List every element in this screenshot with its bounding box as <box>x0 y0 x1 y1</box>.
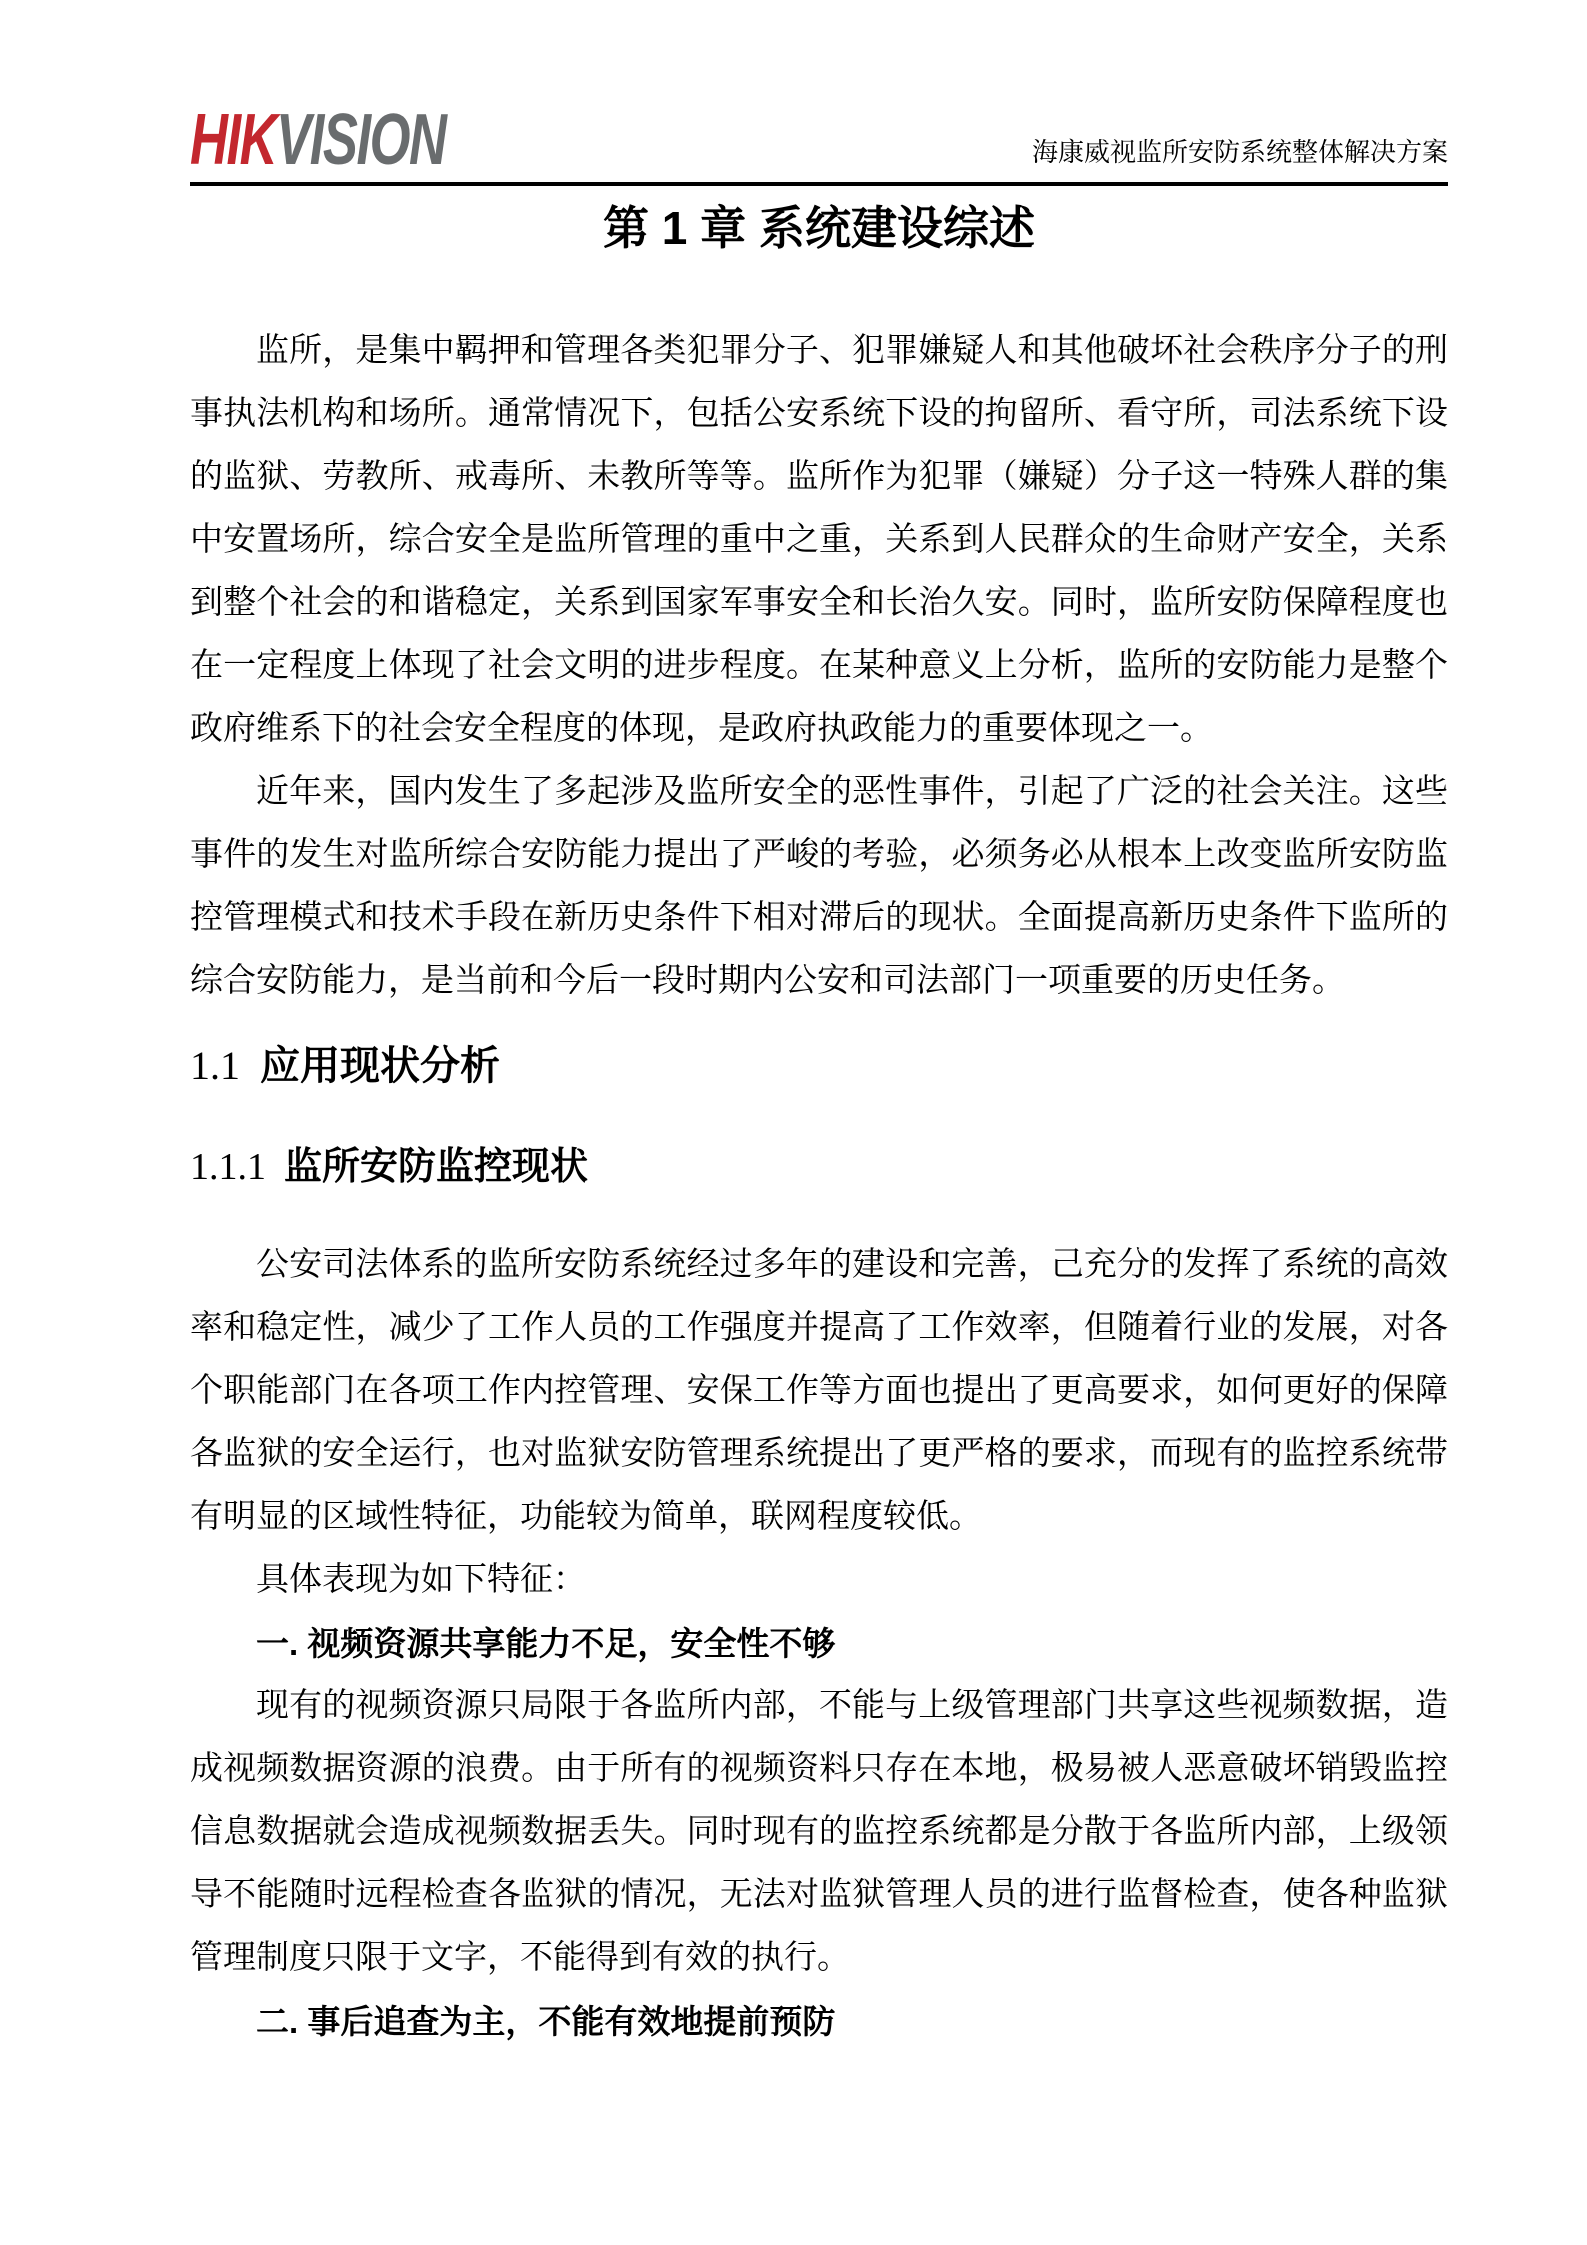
intro-paragraph-1: 监所，是集中羁押和管理各类犯罪分子、犯罪嫌疑人和其他破坏社会秩序分子的刑事执法机… <box>190 320 1448 761</box>
feature-1-heading: 一. 视频资源共享能力不足，安全性不够 <box>190 1612 1448 1675</box>
feature-2-heading: 二. 事后追查为主，不能有效地提前预防 <box>190 1990 1448 2053</box>
section-title-text: 应用现状分析 <box>260 1044 500 1088</box>
subsection-number: 1.1.1 <box>190 1146 266 1188</box>
features-intro-line: 具体表现为如下特征： <box>190 1549 1448 1612</box>
feature-1-body: 现有的视频资源只局限于各监所内部，不能与上级管理部门共享这些视频数据，造成视频数… <box>190 1675 1448 1990</box>
header-doc-title: 海康威视监所安防系统整体解决方案 <box>1032 138 1448 170</box>
section-heading-1-1: 1.1应用现状分析 <box>190 1038 1448 1094</box>
intro-paragraph-2: 近年来，国内发生了多起涉及监所安全的恶性事件，引起了广泛的社会关注。这些事件的发… <box>190 761 1448 1013</box>
logo-vision-text: VISION <box>276 100 445 180</box>
chapter-title: 第 1 章 系统建设综述 <box>190 196 1448 260</box>
section-number: 1.1 <box>190 1043 240 1088</box>
document-body: 监所，是集中羁押和管理各类犯罪分子、犯罪嫌疑人和其他破坏社会秩序分子的刑事执法机… <box>190 320 1448 2053</box>
section-heading-1-1-1: 1.1.1监所安防监控现状 <box>190 1142 1448 1192</box>
logo-hik-text: HIK <box>190 100 276 180</box>
document-page: HIKVISION 海康威视监所安防系统整体解决方案 第 1 章 系统建设综述 … <box>0 0 1587 2245</box>
hikvision-logo: HIKVISION <box>190 112 446 170</box>
subsection-title-text: 监所安防监控现状 <box>284 1146 588 1188</box>
status-paragraph-1: 公安司法体系的监所安防系统经过多年的建设和完善，己充分的发挥了系统的高效率和稳定… <box>190 1234 1448 1549</box>
page-header: HIKVISION 海康威视监所安防系统整体解决方案 <box>190 0 1448 186</box>
